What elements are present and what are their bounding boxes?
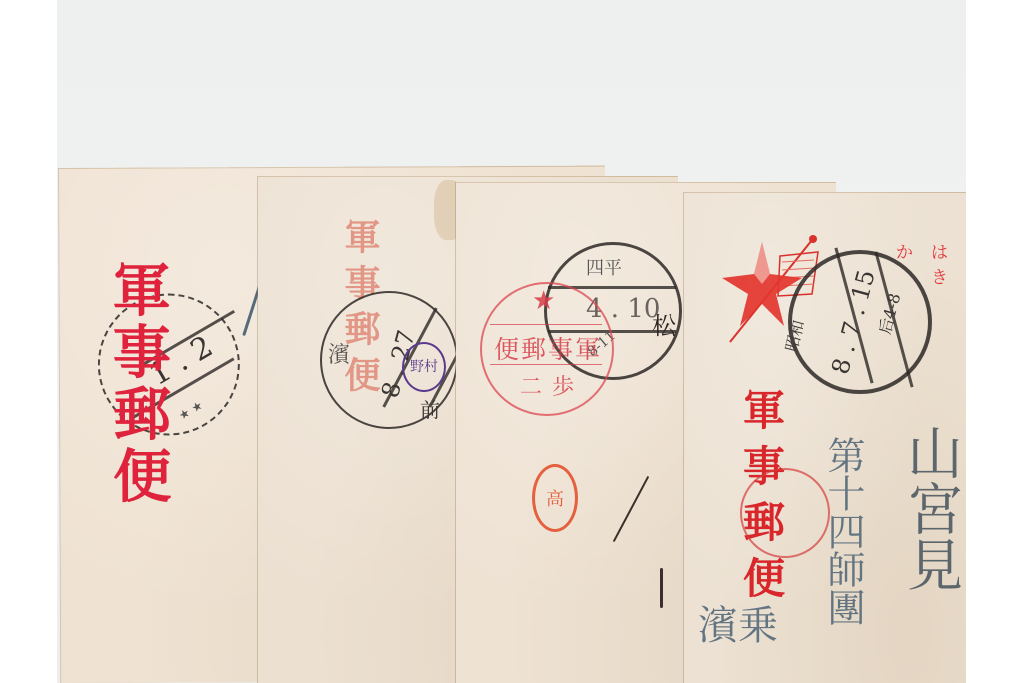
postmark-place: 濱: [328, 338, 350, 369]
unit-stamp-unit: 二歩: [520, 370, 584, 401]
handwritten-address-name: 山宮見: [902, 424, 958, 592]
handwriting-char: 松: [652, 306, 676, 341]
personal-seal-nomura: 野村: [402, 342, 446, 392]
personal-seal-taka: 高: [532, 464, 578, 532]
handwriting-stroke: [613, 476, 650, 542]
handwritten-sender: 濱乗: [698, 606, 778, 646]
postmark-place: 四平: [586, 254, 622, 280]
handwriting-stroke: [660, 568, 663, 608]
stamp-rule: [490, 324, 602, 325]
unit-stamp-star: ★: [532, 286, 555, 316]
military-mail-mark: 軍事郵便: [107, 260, 166, 508]
censor-seal: [740, 468, 830, 558]
unit-stamp-text: 軍事郵便: [494, 330, 602, 366]
handwritten-address-unit: 第十四師團: [824, 436, 862, 626]
postcard-4: はかき 8 . 7 . 15 昭和 后4-8 軍事郵便 第十四師團 山宮見 濱乗: [684, 192, 966, 683]
postmark-suffix: 前: [420, 394, 440, 423]
